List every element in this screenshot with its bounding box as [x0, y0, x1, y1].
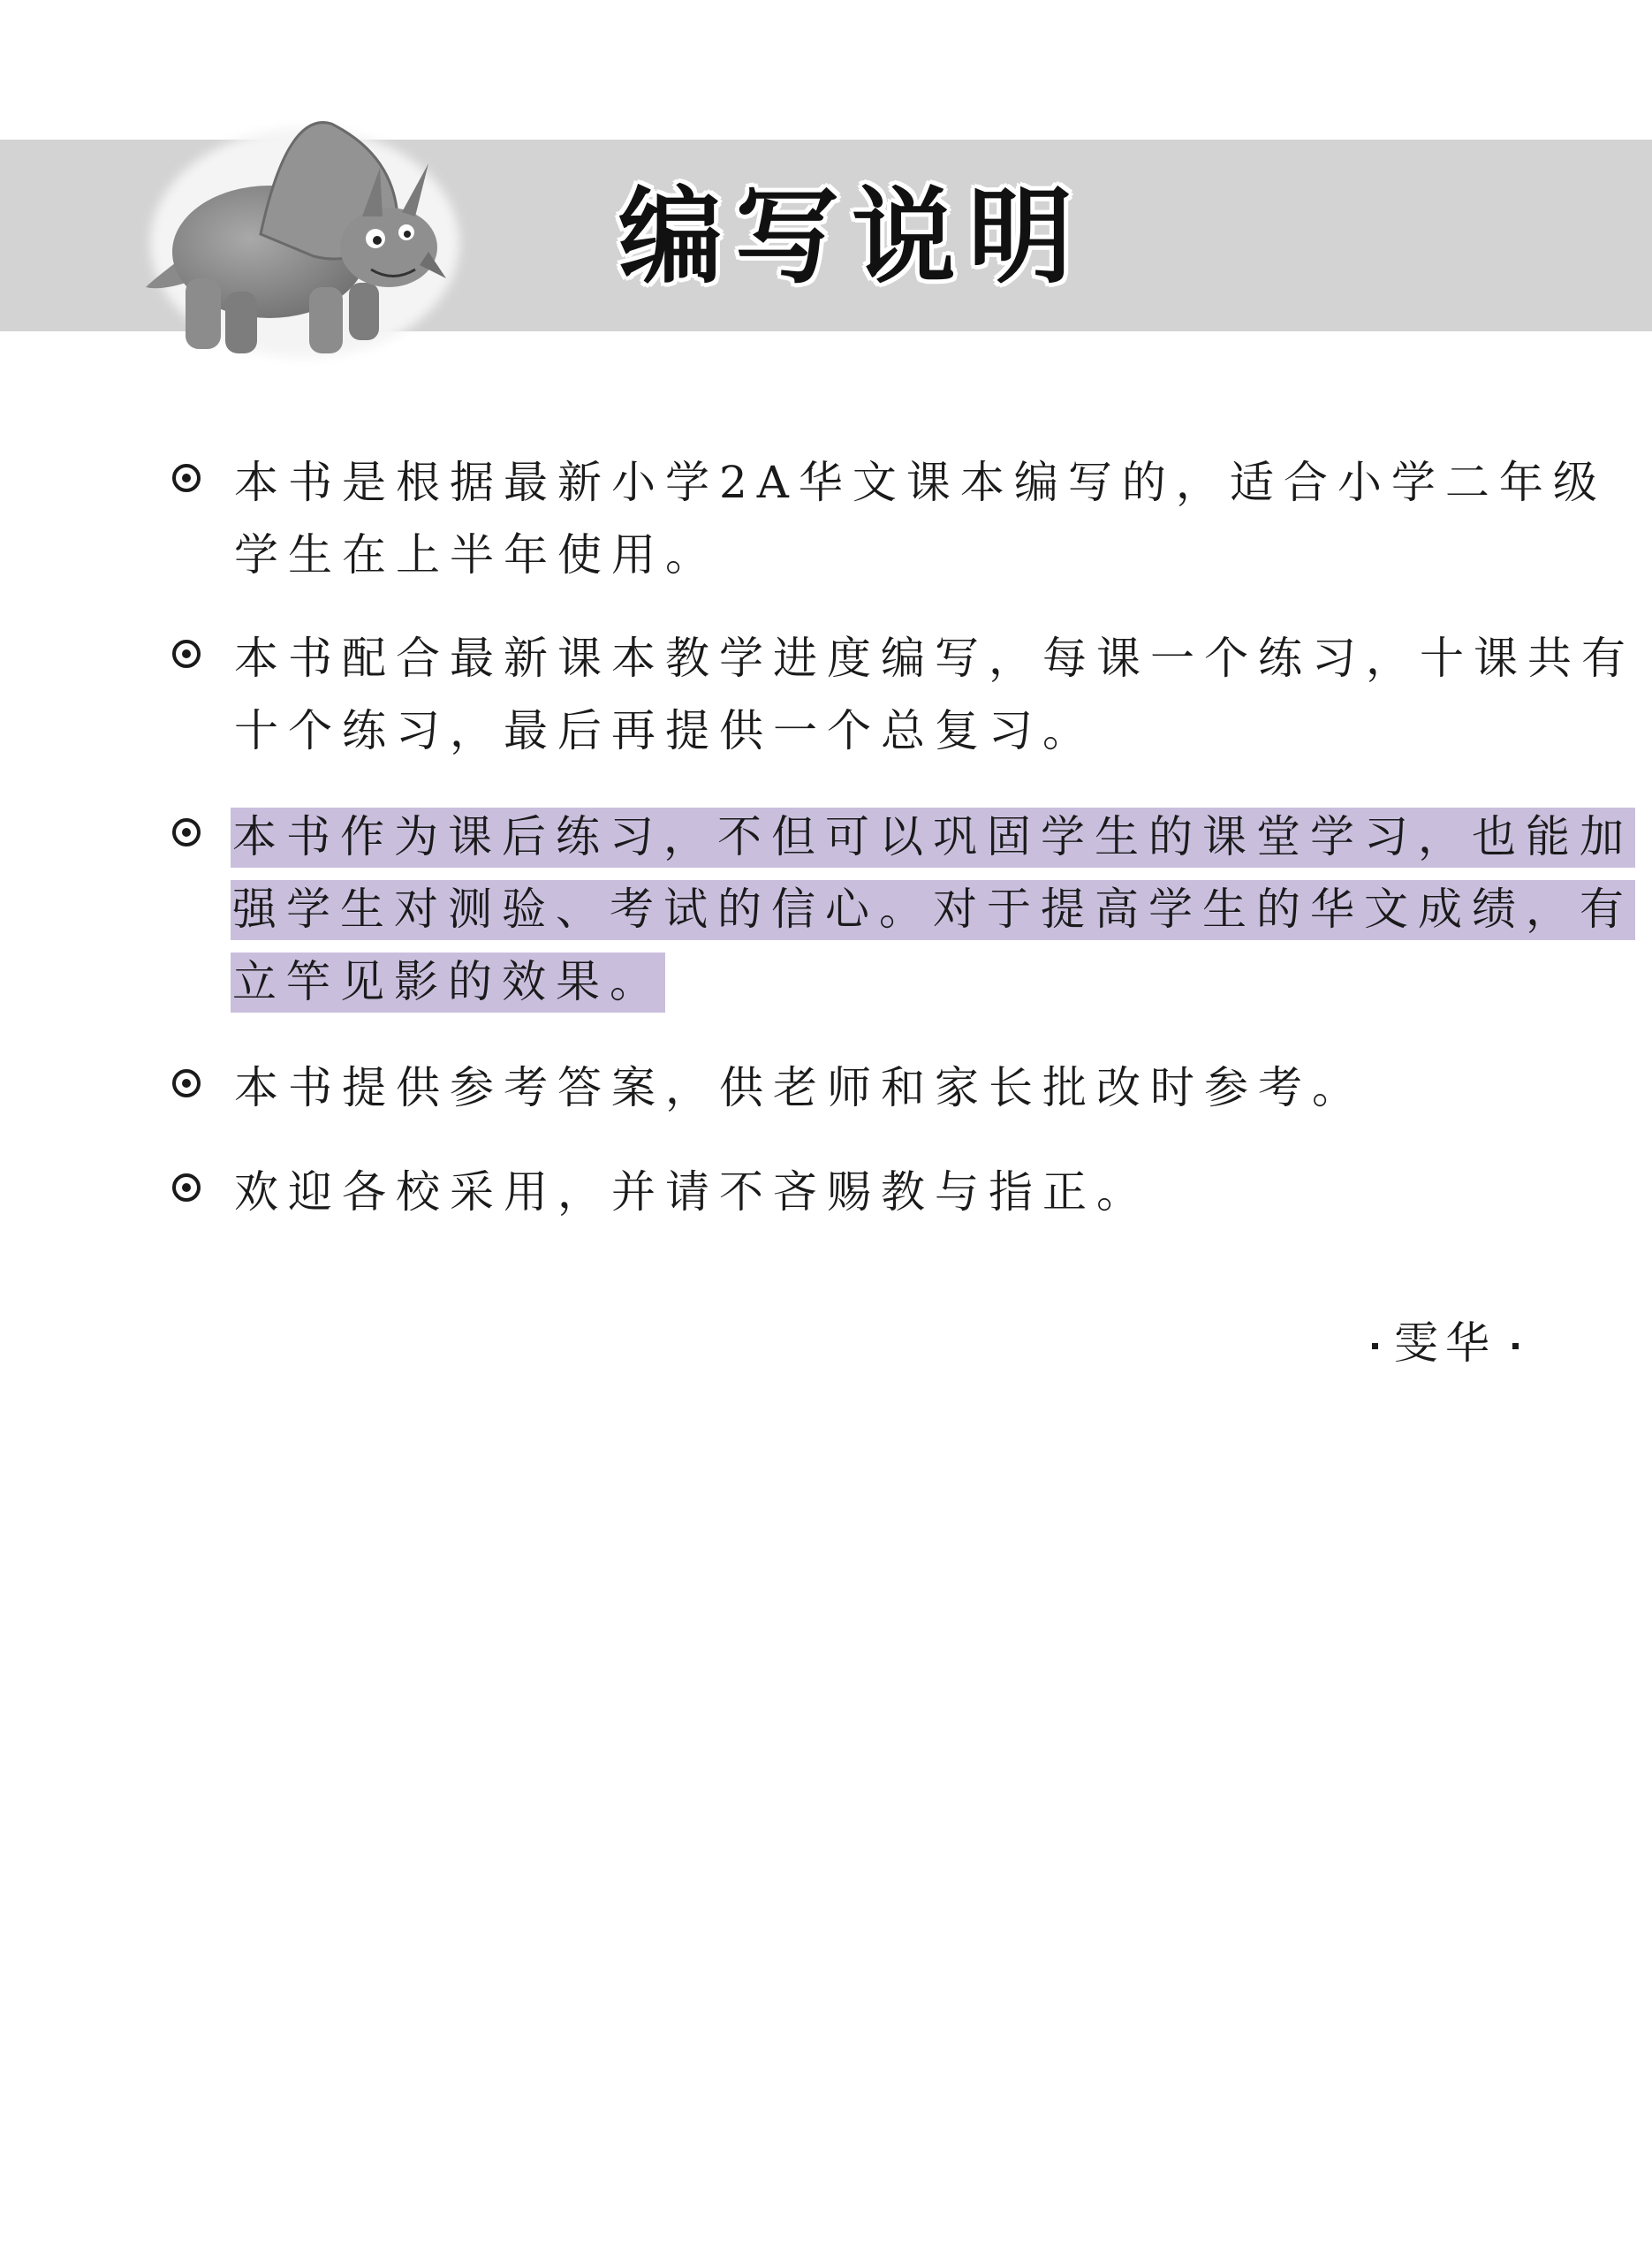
paragraph-line: 学生在上半年使用。: [234, 519, 1546, 591]
circled-dot-icon: [172, 1173, 201, 1202]
triceratops-mascot-icon: [137, 102, 473, 367]
list-item: 欢迎各校采用，并请不吝赐教与指正。: [168, 1156, 1546, 1228]
highlighted-text[interactable]: 本书作为课后练习，不但可以巩固学生的课堂学习，也能加: [231, 808, 1635, 868]
circled-dot-icon: [172, 464, 201, 492]
dot-icon: [1512, 1343, 1519, 1349]
paragraph-line: 本书配合最新课本教学进度编写，每课一个练习，十课共有: [234, 622, 1546, 695]
list-item-highlighted: 本书作为课后练习，不但可以巩固学生的课堂学习，也能加 强学生对测验、考试的信心。…: [168, 801, 1546, 1018]
circled-dot-icon: [172, 818, 201, 846]
author-signature: 雯华: [1356, 1317, 1535, 1370]
dot-icon: [1372, 1343, 1378, 1349]
highlighted-text[interactable]: 强学生对测验、考试的信心。对于提高学生的华文成绩，有: [231, 880, 1635, 940]
page-title: 编写说明: [618, 175, 1085, 299]
paragraph-line: 欢迎各校采用，并请不吝赐教与指正。: [234, 1156, 1546, 1228]
list-item: 本书提供参考答案，供老师和家长批改时参考。: [168, 1051, 1546, 1124]
highlighted-text[interactable]: 立竿见影的效果。: [231, 953, 665, 1013]
circled-dot-icon: [172, 1069, 201, 1097]
list-item: 本书配合最新课本教学进度编写，每课一个练习，十课共有 十个练习，最后再提供一个总…: [168, 622, 1546, 767]
paragraph-line: 本书是根据最新小学2A华文课本编写的，适合小学二年级: [234, 446, 1546, 519]
list-item: 本书是根据最新小学2A华文课本编写的，适合小学二年级 学生在上半年使用。: [168, 446, 1546, 591]
paragraph-line: 十个练习，最后再提供一个总复习。: [234, 695, 1546, 767]
paragraph-line: 本书提供参考答案，供老师和家长批改时参考。: [234, 1051, 1546, 1124]
preface-list: 本书是根据最新小学2A华文课本编写的，适合小学二年级 学生在上半年使用。 本书配…: [168, 446, 1546, 1228]
signature-name: 雯华: [1394, 1317, 1497, 1369]
circled-dot-icon: [172, 640, 201, 668]
